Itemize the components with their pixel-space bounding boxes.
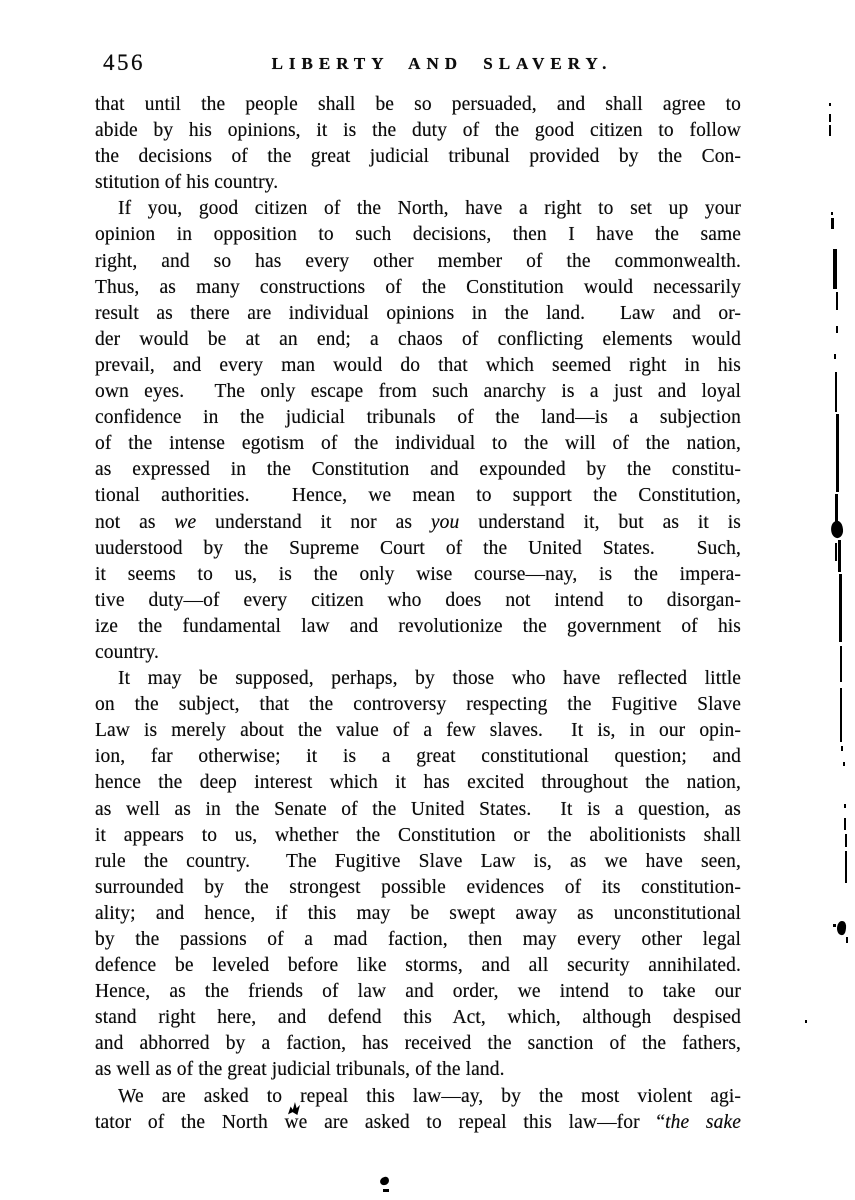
text-line: defence be leveled before like storms, a…: [95, 953, 741, 979]
bottom-mark-dash: [383, 1189, 389, 1192]
text-line: We are asked to repeal this law—ay, by t…: [95, 1084, 741, 1110]
bottom-mark: [379, 1176, 389, 1186]
scan-mark: [840, 646, 842, 682]
text-line: hence the deep interest which it has exc…: [95, 770, 741, 796]
scan-mark: [836, 414, 839, 492]
scan-mark: [844, 818, 846, 830]
scan-mark: [829, 103, 831, 106]
scan-mark: [845, 834, 847, 847]
text-line: as well as of the great judicial tribuna…: [95, 1057, 741, 1083]
text-line: the decisions of the great judicial trib…: [95, 144, 741, 170]
text-line: on the subject, that the controversy res…: [95, 692, 741, 718]
scan-mark: [831, 218, 834, 229]
text-line: as well as in the Senate of the United S…: [95, 797, 741, 823]
text-line: surrounded by the strongest possible evi…: [95, 875, 741, 901]
scan-mark: [836, 292, 838, 310]
page-text: that until the people shall be so persua…: [95, 92, 741, 1136]
text-line: not as we understand it nor as you under…: [95, 510, 741, 536]
ink-blob: [836, 920, 847, 935]
text-line: of the intense egotism of the individual…: [95, 431, 741, 457]
text-line: by the passions of a mad faction, then m…: [95, 927, 741, 953]
scan-mark: [835, 543, 837, 561]
scan-mark: [836, 326, 838, 333]
scan-mark: [845, 851, 847, 883]
scan-mark: [805, 1020, 807, 1023]
scan-mark: [844, 804, 846, 808]
scan-mark: [838, 540, 841, 572]
scan-mark: [831, 212, 833, 215]
text-line: stand right here, and defend this Act, w…: [95, 1005, 741, 1031]
scan-mark: [846, 937, 848, 943]
ink-blob: [829, 520, 844, 539]
text-line: confidence in the judicial tribunals of …: [95, 405, 741, 431]
running-title: LIBERTY AND SLAVERY.: [132, 54, 752, 74]
scan-mark: [833, 249, 837, 289]
text-line: right, and so has every other member of …: [95, 249, 741, 275]
text-line: Thus, as many constructions of the Const…: [95, 275, 741, 301]
text-line: result as there are individual opinions …: [95, 301, 741, 327]
text-line: Law is merely about the value of a few s…: [95, 718, 741, 744]
text-line: rule the country. The Fugitive Slave Law…: [95, 849, 741, 875]
text-line: uuderstood by the Supreme Court of the U…: [95, 536, 741, 562]
text-line: ality; and hence, if this may be swept a…: [95, 901, 741, 927]
text-line: tive duty—of every citizen who does not …: [95, 588, 741, 614]
text-line: as expressed in the Constitution and exp…: [95, 457, 741, 483]
text-line: abide by his opinions, it is the duty of…: [95, 118, 741, 144]
scan-mark: [829, 125, 831, 136]
text-line: prevail, and every man would do that whi…: [95, 353, 741, 379]
scan-mark: [834, 354, 836, 359]
scan-mark: [840, 688, 842, 742]
text-line: that until the people shall be so persua…: [95, 92, 741, 118]
scan-mark: [839, 574, 842, 642]
text-line: opinion in opposition to such decisions,…: [95, 222, 741, 248]
text-line: der would be at an end; a chaos of confl…: [95, 327, 741, 353]
text-line: country.: [95, 640, 741, 666]
text-line: If you, good citizen of the North, have …: [95, 196, 741, 222]
scan-mark: [833, 924, 836, 927]
text-line: It may be supposed, perhaps, by those wh…: [95, 666, 741, 692]
text-line: tional authorities. Hence, we mean to su…: [95, 483, 741, 509]
text-line: own eyes. The only escape from such anar…: [95, 379, 741, 405]
book-page: 456 LIBERTY AND SLAVERY. that until the …: [0, 0, 855, 1200]
text-line: it appears to us, whether the Constituti…: [95, 823, 741, 849]
text-line: ion, far otherwise; it is a great consti…: [95, 744, 741, 770]
text-line: tator of the North we are asked to repea…: [95, 1110, 741, 1136]
scan-mark: [829, 114, 831, 122]
scan-mark: [835, 494, 838, 522]
text-line: and abhorred by a faction, has received …: [95, 1031, 741, 1057]
text-line: it seems to us, is the only wise course—…: [95, 562, 741, 588]
text-line: stitution of his country.: [95, 170, 741, 196]
text-line: Hence, as the friends of law and order, …: [95, 979, 741, 1005]
scan-mark: [841, 746, 843, 751]
scan-mark: [835, 372, 837, 412]
text-line: ize the fundamental law and revolutioniz…: [95, 614, 741, 640]
scan-mark: [843, 762, 845, 766]
